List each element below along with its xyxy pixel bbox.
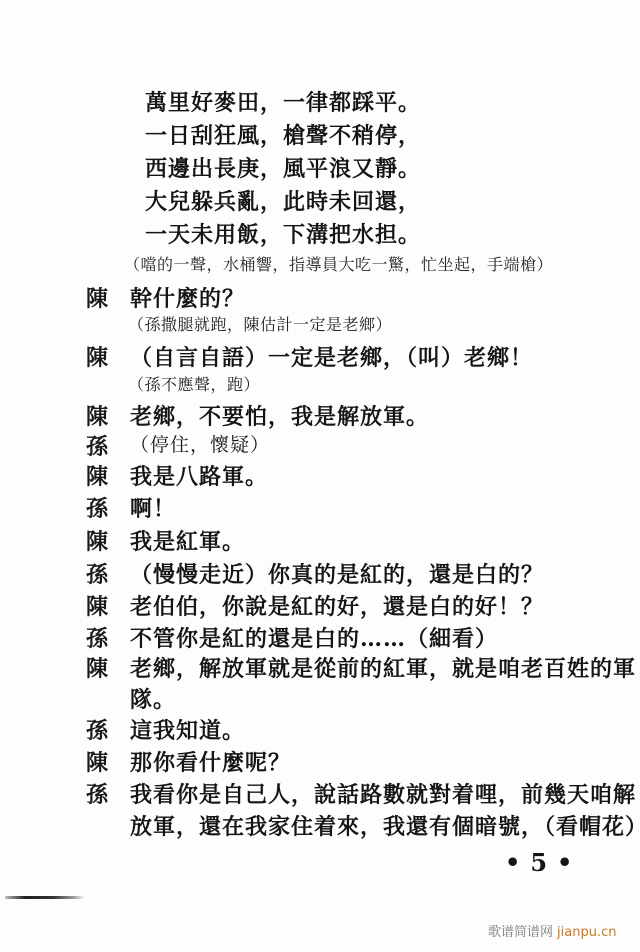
speaker-label: 陳 xyxy=(86,460,108,491)
dialogue-line: 我看你是自己人，說話路數就對着哩，前幾天咱解 xyxy=(130,778,636,809)
verse-line-2: 一日刮狂風，槍聲不稍停， xyxy=(145,119,421,150)
speaker-label: 陳 xyxy=(86,282,108,313)
verse-line-4: 大兒躲兵亂，此時未回還， xyxy=(145,185,421,216)
speaker-label: 孫 xyxy=(86,492,108,523)
verse-line-5: 一天未用飯，下溝把水担。 xyxy=(145,218,421,249)
dialogue-line: 啊！ xyxy=(130,492,176,523)
page-number: •5• xyxy=(505,848,582,877)
dialogue-continuation: 隊。 xyxy=(130,683,176,714)
speaker-label: 孫 xyxy=(86,558,108,589)
speaker-label: 陳 xyxy=(86,400,108,431)
speaker-label: 陳 xyxy=(86,341,108,372)
dialogue-line: 老鄉，不要怕，我是解放軍。 xyxy=(130,400,429,431)
dialogue-line: 我是八路軍。 xyxy=(130,460,268,491)
speaker-label: 陳 xyxy=(86,590,108,621)
stage-direction: （孫撒腿就跑，陳估計一定是老鄉） xyxy=(128,312,392,335)
verse-line-3: 西邊出長庚，風平浪又靜。 xyxy=(145,152,421,183)
scanned-page: 萬里好麥田，一律都踩平。 一日刮狂風，槍聲不稍停， 西邊出長庚，風平浪又靜。 大… xyxy=(0,0,640,952)
speaker-label: 陳 xyxy=(86,746,108,777)
watermark-chinese: 歌谱简谱网 xyxy=(488,925,553,940)
speaker-label: 孫 xyxy=(86,622,108,653)
stage-direction: （噹的一聲，水桶響，指導員大吃一驚，忙坐起，手端槍） xyxy=(124,252,553,275)
dialogue-continuation: 放軍，還在我家住着來，我還有個暗號，（看帽花）那 xyxy=(130,810,640,841)
watermark-url: jianpu.cn xyxy=(557,925,616,940)
verse-line-1: 萬里好麥田，一律都踩平。 xyxy=(145,86,421,117)
dialogue-line: 老伯伯，你說是紅的好，還是白的好！？ xyxy=(130,590,544,621)
dialogue-line: （慢慢走近）你真的是紅的，還是白的？ xyxy=(130,558,544,589)
dialogue-line: 幹什麼的？ xyxy=(130,282,245,313)
watermark: 歌谱简谱网jianpu.cn xyxy=(488,921,616,940)
speaker-label: 陳 xyxy=(86,525,108,556)
dialogue-line: （停住，懷疑） xyxy=(130,430,270,457)
speaker-label: 孫 xyxy=(86,430,108,461)
dialogue-line: 不管你是紅的還是白的……（細看） xyxy=(130,622,498,653)
speaker-label: 孫 xyxy=(86,778,108,809)
dialogue-line: 這我知道。 xyxy=(130,714,245,745)
speaker-label: 孫 xyxy=(86,714,108,745)
dialogue-line: 我是紅軍。 xyxy=(130,525,245,556)
stage-direction: （孫不應聲，跑） xyxy=(128,372,260,395)
dialogue-line: （自言自語）一定是老鄉，（叫）老鄉！ xyxy=(130,341,533,372)
dialogue-line: 老鄉，解放軍就是從前的紅軍，就是咱老百姓的軍 xyxy=(130,652,636,683)
speaker-label: 陳 xyxy=(86,652,108,683)
dialogue-line: 那你看什麼呢？ xyxy=(130,746,291,777)
scan-smudge xyxy=(5,896,85,899)
